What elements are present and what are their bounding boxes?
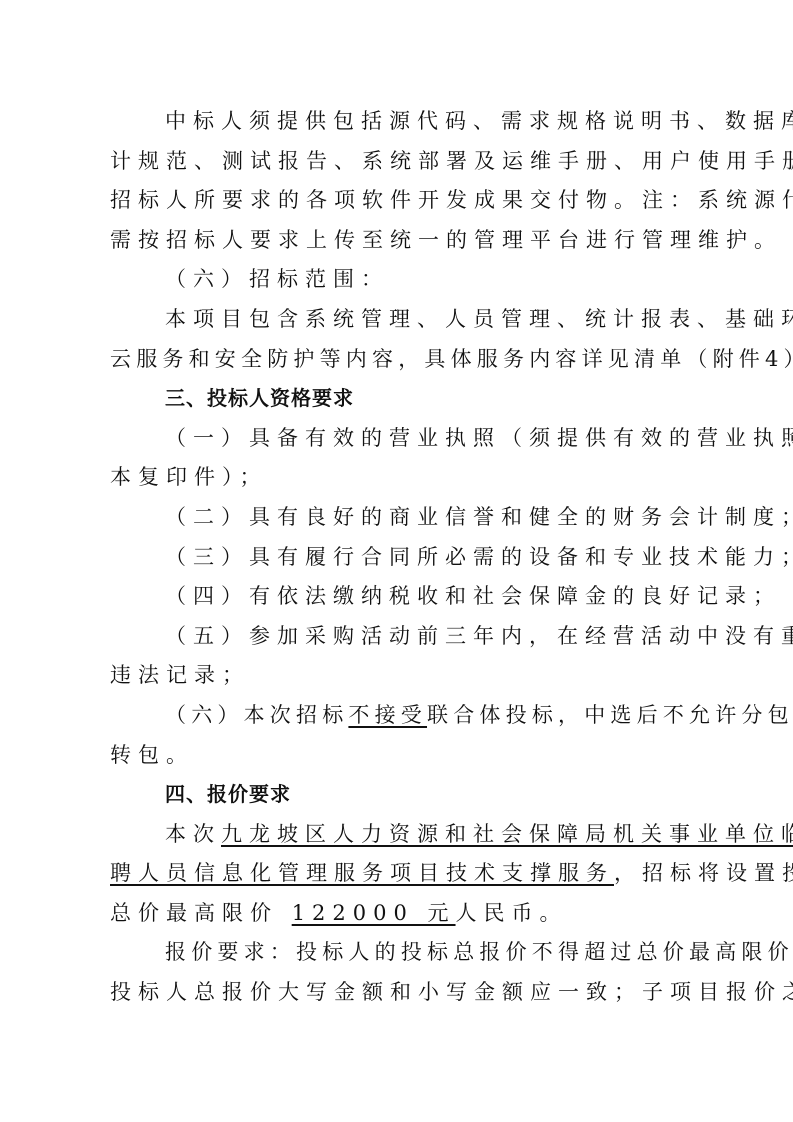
quote-req-line-1: 报价要求：投标人的投标总报价不得超过总价最高限价；: [110, 933, 675, 973]
no-consortium-underlined: 不接受: [348, 703, 427, 727]
document-page: 中标人须提供包括源代码、需求规格说明书、数据库设 计规范、测试报告、系统部署及运…: [110, 102, 675, 1013]
qualification-1-line-2: 本复印件）；: [110, 458, 675, 498]
price-line-2: 聘人员信息化管理服务项目技术支撑服务，招标将设置投标: [110, 854, 675, 894]
qualification-5-line-1: （五）参加采购活动前三年内，在经营活动中没有重大: [110, 617, 675, 657]
scope-title: （六）招标范围：: [110, 260, 675, 300]
qualification-3: （三）具有履行合同所必需的设备和专业技术能力；: [110, 538, 675, 578]
section-4-heading: 四、报价要求: [110, 775, 675, 815]
max-price-value: 122000 元: [292, 901, 456, 925]
qualification-6-prefix: （六）本次招标: [165, 703, 348, 727]
deliverables-line-2: 计规范、测试报告、系统部署及运维手册、用户使用手册等: [110, 142, 675, 182]
project-name-part-1: 九龙坡区人力资源和社会保障局机关事业单位临: [221, 822, 793, 846]
qualification-6-line-2: 转包。: [110, 736, 675, 776]
price-line-2-suffix: ，招标将设置投标: [614, 861, 793, 885]
qualification-4: （四）有依法缴纳税收和社会保障金的良好记录；: [110, 577, 675, 617]
price-line-3-prefix: 总价最高限价: [110, 901, 292, 925]
deliverables-line-4: 需按招标人要求上传至统一的管理平台进行管理维护。: [110, 221, 675, 261]
price-line-1: 本次九龙坡区人力资源和社会保障局机关事业单位临: [110, 815, 675, 855]
price-prefix: 本次: [165, 822, 221, 846]
quote-req-line-2: 投标人总报价大写金额和小写金额应一致；子项目报价之和: [110, 973, 675, 1013]
price-line-3: 总价最高限价 122000 元人民币。: [110, 894, 675, 934]
price-line-3-suffix: 人民币。: [456, 901, 568, 925]
qualification-6-suffix: 联合体投标，中选后不允许分包、: [427, 703, 793, 727]
deliverables-line-3: 招标人所要求的各项软件开发成果交付物。注：系统源代码: [110, 181, 675, 221]
qualification-1-line-1: （一）具备有效的营业执照（须提供有效的营业执照副: [110, 419, 675, 459]
scope-line-1: 本项目包含系统管理、人员管理、统计报表、基础环境: [110, 300, 675, 340]
deliverables-line-1: 中标人须提供包括源代码、需求规格说明书、数据库设: [110, 102, 675, 142]
qualification-5-line-2: 违法记录；: [110, 656, 675, 696]
qualification-2: （二）具有良好的商业信誉和健全的财务会计制度；: [110, 498, 675, 538]
section-3-heading: 三、投标人资格要求: [110, 379, 675, 419]
qualification-6-line-1: （六）本次招标不接受联合体投标，中选后不允许分包、: [110, 696, 675, 736]
project-name-part-2: 聘人员信息化管理服务项目技术支撑服务: [110, 861, 614, 885]
scope-line-2: 云服务和安全防护等内容，具体服务内容详见清单（附件4）。: [110, 340, 675, 380]
